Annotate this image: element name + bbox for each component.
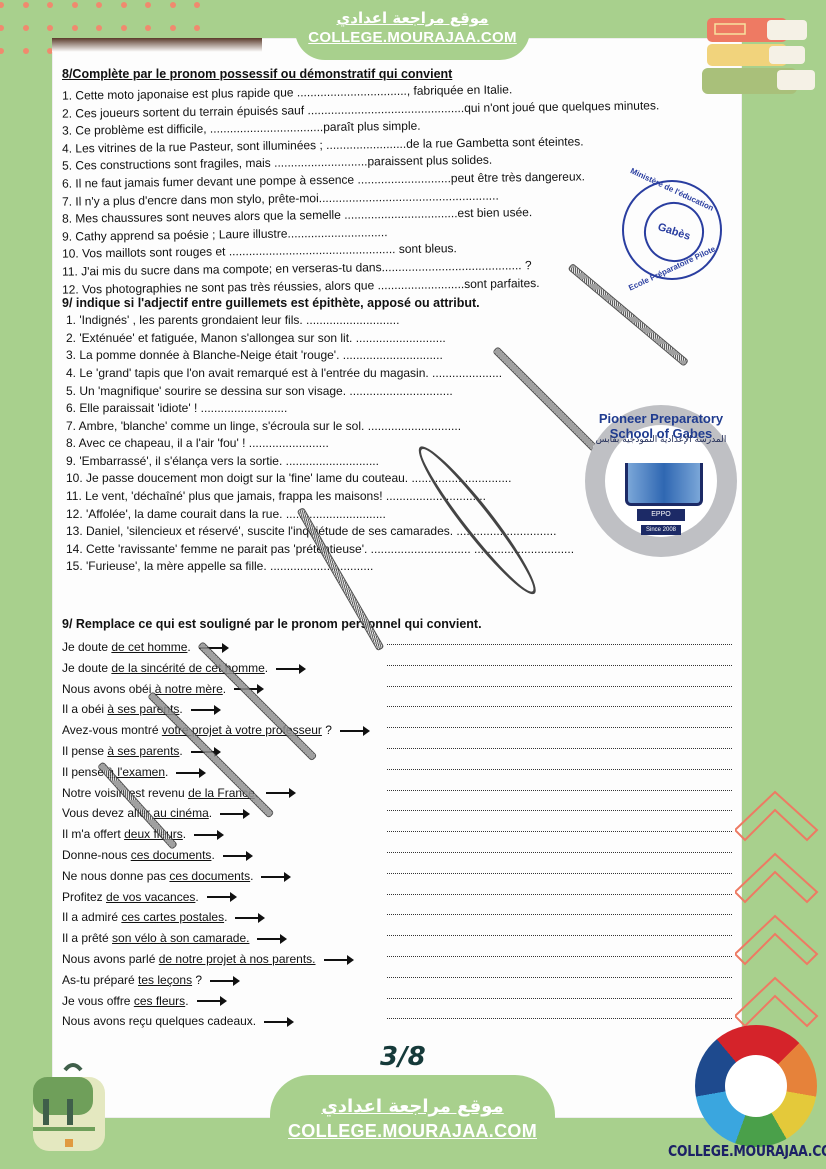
- arrow-right-icon: [210, 980, 238, 982]
- arrow-right-icon: [191, 709, 219, 711]
- sentence-end: .: [179, 702, 182, 716]
- answer-blank[interactable]: [387, 873, 732, 874]
- arrow-right-icon: [197, 1000, 225, 1002]
- sentence-end: .: [183, 827, 186, 841]
- sentence-text: Je vous offre: [62, 994, 134, 1008]
- answer-blank[interactable]: [387, 706, 732, 707]
- arrow-right-icon: [261, 876, 289, 878]
- arrow-right-icon: [207, 896, 235, 898]
- arrow-right-icon: [223, 855, 251, 857]
- arrow-right-icon: [176, 772, 204, 774]
- answer-blank[interactable]: [387, 831, 732, 832]
- sentence-end: .: [179, 744, 182, 758]
- sentence-text: Il a obéi: [62, 702, 107, 716]
- sentence-end: .: [223, 682, 226, 696]
- sentence-text: Nous avons parlé: [62, 952, 159, 966]
- sentence-text: Il pense: [62, 744, 107, 758]
- exercise-10-item: Je vous offre ces fleurs.: [62, 991, 732, 1012]
- underlined-phrase: ces documents: [131, 848, 212, 862]
- decorative-dot: [0, 48, 4, 54]
- section-8-list: 1. Cette moto japonaise est plus rapide …: [62, 83, 732, 294]
- sentence-end: .: [187, 640, 190, 654]
- sentence-text: Nous avons reçu quelques cadeaux.: [62, 1014, 256, 1028]
- exercise-10-item: Avez-vous montré votre projet à votre pr…: [62, 720, 732, 741]
- sentence-end: .: [209, 806, 212, 820]
- sentence-text: Je doute: [62, 640, 111, 654]
- decorative-dot: [170, 25, 176, 31]
- underlined-phrase: de notre projet à nos parents.: [159, 952, 316, 966]
- sentence-end: .: [211, 848, 214, 862]
- decorative-dot: [72, 25, 78, 31]
- top-site-banner[interactable]: موقع مراجعة اعدادي COLLEGE.MOURAJAA.COM: [295, 0, 530, 60]
- decorative-dot: [47, 2, 53, 8]
- scan-edge-shadow: [52, 38, 262, 52]
- answer-blank[interactable]: [387, 956, 732, 957]
- underlined-phrase: de cet homme: [111, 640, 187, 654]
- decorative-dot: [23, 48, 29, 54]
- exercise-10-item: As-tu préparé tes leçons ?: [62, 970, 732, 991]
- sentence-text: Donne-nous: [62, 848, 131, 862]
- underlined-phrase: ces cartes postales: [121, 910, 224, 924]
- answer-blank[interactable]: [387, 686, 732, 687]
- backpack-icon: [15, 1055, 115, 1155]
- exercise-10-item: Nous avons parlé de notre projet à nos p…: [62, 949, 732, 970]
- decorative-dot: [96, 25, 102, 31]
- underlined-phrase: ces documents: [169, 869, 250, 883]
- answer-blank[interactable]: [387, 1018, 732, 1019]
- exercise-10-item: Il pense à l'examen.: [62, 762, 732, 783]
- chevron-up-decor-icon: [735, 790, 821, 1040]
- school-abbr: EPPO: [637, 509, 685, 521]
- exercise-10-item: Donne-nous ces documents.: [62, 845, 732, 866]
- exercise-10-item: Vous devez aller au cinéma.: [62, 803, 732, 824]
- decorative-dot: [121, 2, 127, 8]
- brand-logo-text: COLLEGE.MOURAJAA.COM: [668, 1142, 826, 1160]
- arrow-right-icon: [340, 730, 368, 732]
- answer-blank[interactable]: [387, 748, 732, 749]
- section-10: 9/ Remplace ce qui est souligné par le p…: [62, 616, 732, 1032]
- arrow-right-icon: [266, 792, 294, 794]
- bottom-site-banner[interactable]: موقع مراجعة اعدادي COLLEGE.MOURAJAA.COM: [270, 1075, 555, 1169]
- exercise-9-item: 4. Le 'grand' tapis que l'on avait remar…: [62, 365, 732, 383]
- sentence-end: .: [224, 910, 227, 924]
- exercise-10-item: Nous avons obéi à notre mère.: [62, 679, 732, 700]
- decorative-dot: [96, 2, 102, 8]
- ministry-stamp: Ministère de l'éducation Gabès Ecole Pré…: [622, 180, 722, 280]
- exercise-10-item: Notre voisin est revenu de la France.: [62, 783, 732, 804]
- sentence-text: Il m'a offert: [62, 827, 124, 841]
- subjects-wheel-logo: [695, 1025, 817, 1147]
- answer-blank[interactable]: [387, 769, 732, 770]
- exercise-10-item: Il pense à ses parents.: [62, 741, 732, 762]
- underlined-phrase: tes leçons: [138, 973, 192, 987]
- sentence-text: Avez-vous montré: [62, 723, 162, 737]
- decorative-dot: [47, 25, 53, 31]
- exercise-10-item: Je doute de la sincérité de cet homme.: [62, 658, 732, 679]
- exercise-10-item: Ne nous donne pas ces documents.: [62, 866, 732, 887]
- sentence-end: .: [185, 994, 188, 1008]
- decorative-dot: [194, 25, 200, 31]
- sentence-end: .: [265, 661, 268, 675]
- answer-blank[interactable]: [387, 935, 732, 936]
- decorative-dot: [0, 2, 4, 8]
- school-since: Since 2008: [641, 525, 681, 535]
- answer-blank[interactable]: [387, 852, 732, 853]
- arrow-right-icon: [264, 1021, 292, 1023]
- decorative-dot: [145, 25, 151, 31]
- answer-blank[interactable]: [387, 644, 732, 645]
- site-domain-link-bottom[interactable]: COLLEGE.MOURAJAA.COM: [270, 1119, 555, 1143]
- arrow-right-icon: [257, 938, 285, 940]
- underlined-phrase: son vélo à son camarade.: [112, 931, 249, 945]
- arrow-right-icon: [194, 834, 222, 836]
- site-domain-link[interactable]: COLLEGE.MOURAJAA.COM: [295, 28, 530, 48]
- arrow-right-icon: [324, 959, 352, 961]
- exercise-10-item: Il a prêté son vélo à son camarade.: [62, 928, 732, 949]
- sentence-text: Je doute: [62, 661, 111, 675]
- exercise-10-item: Il a admiré ces cartes postales.: [62, 907, 732, 928]
- exercise-9-item: 3. La pomme donnée à Blanche-Neige était…: [62, 347, 732, 365]
- answer-blank[interactable]: [387, 998, 732, 999]
- sentence-text: Nous avons obéi: [62, 682, 155, 696]
- decorative-dot: [194, 2, 200, 8]
- underlined-phrase: au cinéma: [153, 806, 208, 820]
- arrow-right-icon: [235, 917, 263, 919]
- exercise-10-item: Nous avons reçu quelques cadeaux.: [62, 1011, 732, 1032]
- decorative-dot: [170, 2, 176, 8]
- answer-blank[interactable]: [387, 727, 732, 728]
- underlined-phrase: à notre mère: [155, 682, 223, 696]
- exercise-10-item: Profitez de vos vacances.: [62, 887, 732, 908]
- page-number: 3/8: [380, 1042, 426, 1072]
- answer-blank[interactable]: [387, 977, 732, 978]
- decorative-dot: [0, 25, 4, 31]
- sentence-end: .: [165, 765, 168, 779]
- arrow-right-icon: [276, 668, 304, 670]
- sentence-end: ?: [192, 973, 202, 987]
- sentence-text: Ne nous donne pas: [62, 869, 169, 883]
- answer-blank[interactable]: [387, 810, 732, 811]
- section-10-heading: 9/ Remplace ce qui est souligné par le p…: [62, 616, 732, 633]
- exercise-9-item: 15. 'Furieuse', la mère appelle sa fille…: [62, 558, 732, 576]
- school-arabic-name: المدرسة الإعدادية النموذجية بقابس: [585, 435, 737, 446]
- arrow-right-icon: [220, 813, 248, 815]
- exercise-9-item: 5. Un 'magnifique' sourire se dessina su…: [62, 383, 732, 401]
- sentence-text: Profitez: [62, 890, 106, 904]
- site-arabic-title-bottom[interactable]: موقع مراجعة اعدادي: [270, 1095, 555, 1119]
- decorative-dot: [23, 25, 29, 31]
- school-logo: Pioneer Preparatory School of Gabes المد…: [585, 405, 737, 557]
- underlined-phrase: ces fleurs: [134, 994, 185, 1008]
- underlined-phrase: de vos vacances: [106, 890, 195, 904]
- decorative-dot: [72, 2, 78, 8]
- underlined-phrase: à ses parents: [107, 744, 179, 758]
- answer-blank[interactable]: [387, 790, 732, 791]
- sentence-text: Il a admiré: [62, 910, 121, 924]
- sentence-text: As-tu préparé: [62, 973, 138, 987]
- open-book-icon: [625, 463, 703, 506]
- sentence-end: .: [195, 890, 198, 904]
- decorative-dot: [23, 2, 29, 8]
- exercise-10-item: Je doute de cet homme.: [62, 637, 732, 658]
- underlined-phrase: de la sincérité de cet homme: [111, 661, 264, 675]
- sentence-text: Il a prêté: [62, 931, 112, 945]
- sentence-end: ?: [322, 723, 332, 737]
- sentence-end: .: [250, 869, 253, 883]
- site-arabic-title[interactable]: موقع مراجعة اعدادي: [295, 8, 530, 28]
- answer-blank[interactable]: [387, 914, 732, 915]
- answer-blank[interactable]: [387, 894, 732, 895]
- decorative-dot: [145, 2, 151, 8]
- answer-blank[interactable]: [387, 665, 732, 666]
- decorative-dot: [121, 25, 127, 31]
- exercise-9-item: 2. 'Exténuée' et fatiguée, Manon s'allon…: [62, 330, 732, 348]
